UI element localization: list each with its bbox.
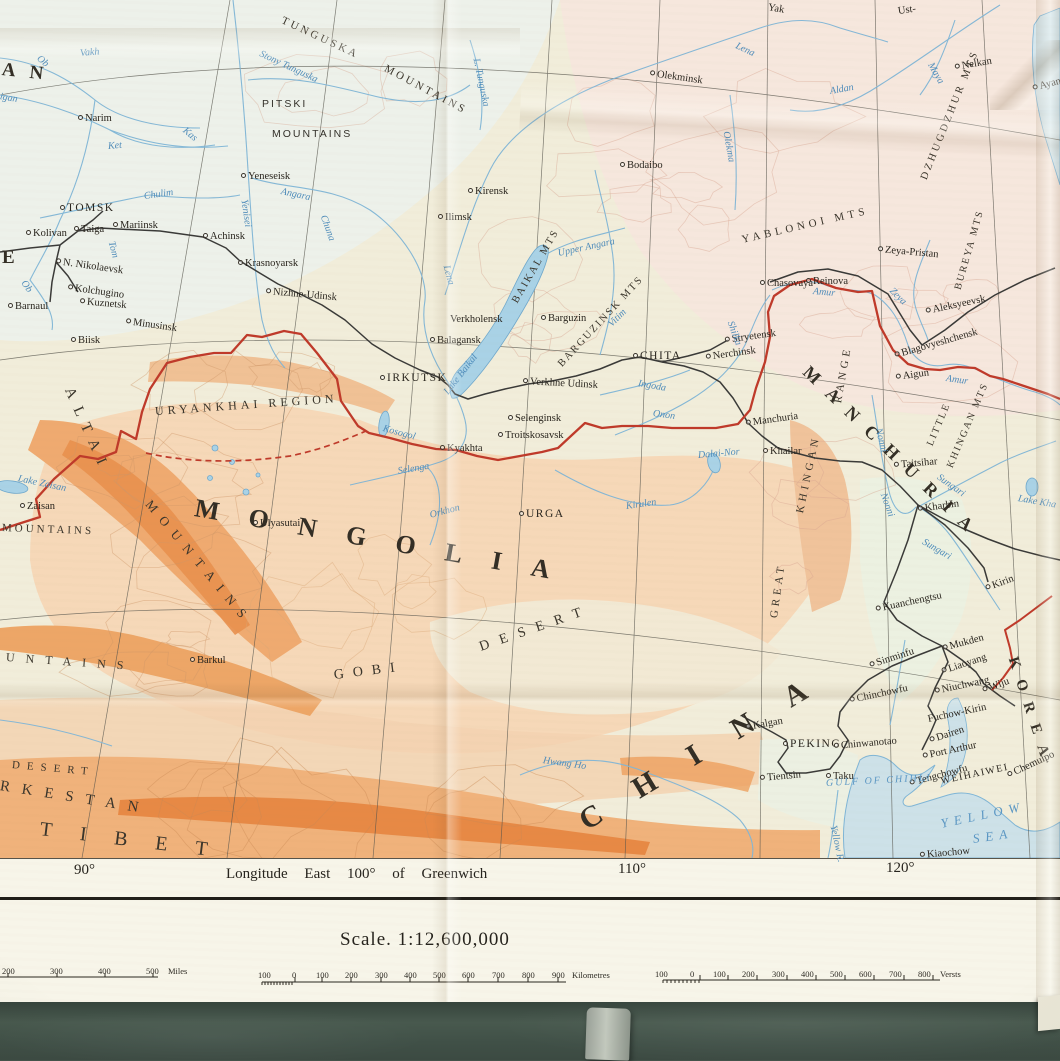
table-surface	[0, 1002, 1060, 1060]
fold-crease-vertical	[432, 0, 462, 1005]
degree-label-90: 90°	[74, 862, 95, 879]
fold-crease-horizontal	[0, 682, 1060, 708]
sheet-margin: 90° Longitude East 100° of Greenwich 110…	[0, 858, 1060, 1009]
paperweight	[585, 1007, 631, 1060]
degree-label-120: 120°	[886, 860, 915, 877]
neatline-rule	[0, 897, 1060, 900]
degree-label-110: 110°	[618, 861, 646, 878]
map-photo: 90° Longitude East 100° of Greenwich 110…	[0, 0, 1060, 1060]
paper-flap	[1038, 995, 1060, 1031]
scale-caption: Scale. 1:12,600,000	[340, 929, 510, 951]
fold-crease-right-edge	[1036, 0, 1060, 1005]
corner-crease	[990, 40, 1060, 110]
paper-sheet: 90° Longitude East 100° of Greenwich 110…	[0, 0, 1060, 1008]
